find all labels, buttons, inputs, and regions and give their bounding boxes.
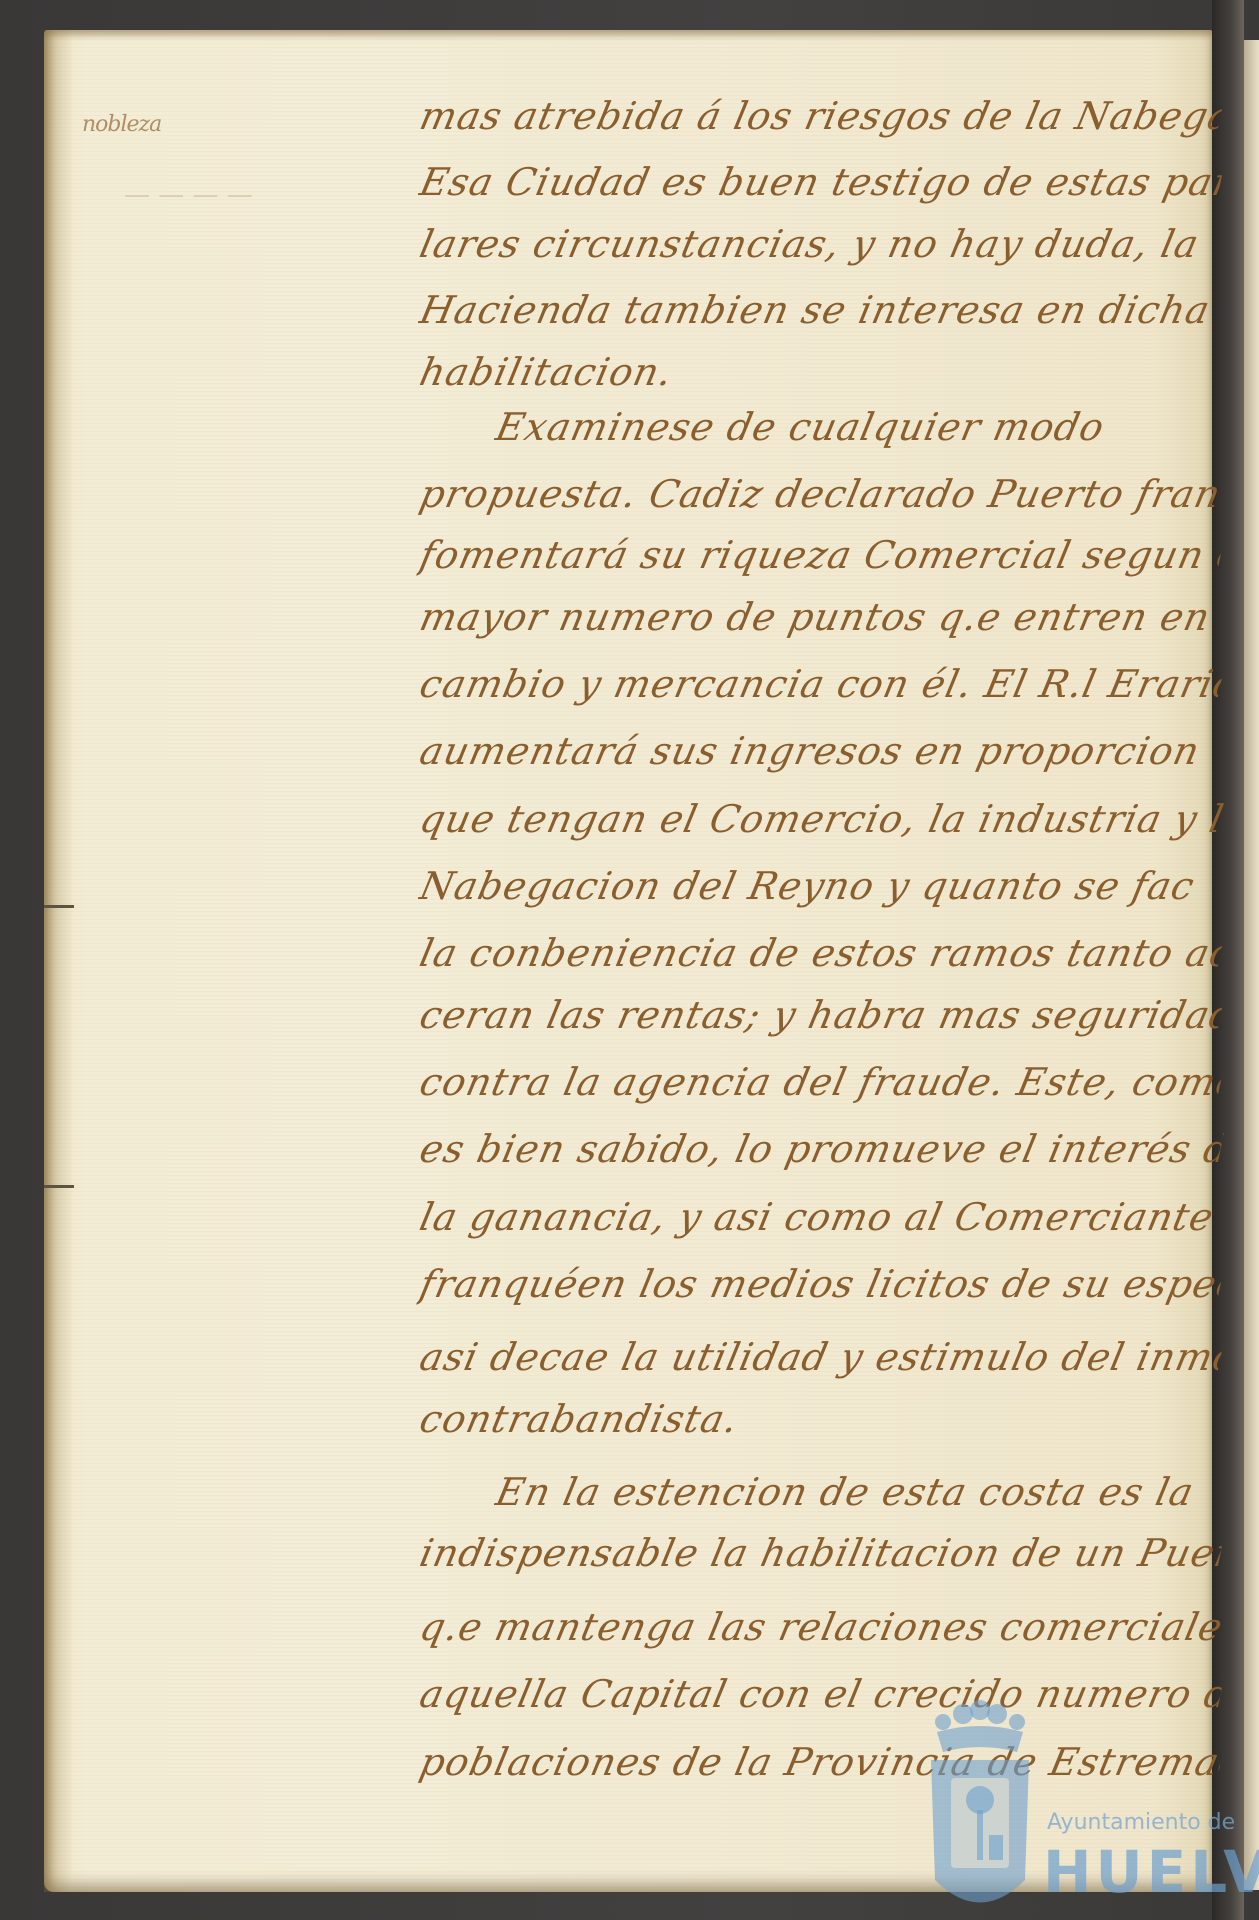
text-line: la ganancia, y asi como al Comerciante s… — [416, 1195, 1225, 1239]
text-line: aquella Capital con el crecido numero de — [416, 1672, 1225, 1716]
text-line: aumentará sus ingresos en proporcion — [416, 729, 1225, 773]
text-line: es bien sabido, lo promueve el interés d… — [416, 1127, 1225, 1171]
text-line: Nabegacion del Reyno y quanto se fac — [416, 864, 1225, 908]
bleed-through-text: — — — — — [124, 180, 253, 210]
binding-stitch — [44, 1185, 74, 1188]
text-line: mas atrebida á los riesgos de la Nabegac… — [416, 94, 1225, 138]
binding-stitch — [44, 905, 74, 908]
text-line: q.e mantenga las relaciones comerciales … — [416, 1605, 1225, 1649]
text-line: En la estencion de esta costa es la — [492, 1470, 1225, 1514]
text-line: mayor numero de puntos q.e entren en — [416, 595, 1225, 639]
text-line: Hacienda tambien se interesa en dicha — [416, 288, 1225, 332]
text-line: la conbeniencia de estos ramos tanto acr… — [416, 931, 1225, 975]
text-line: poblaciones de la Provincia de Estremadu… — [416, 1740, 1225, 1784]
text-line: indispensable la habilitacion de un Puer… — [416, 1531, 1225, 1575]
margin-note: nobleza — [82, 112, 161, 137]
text-line: lares circunstancias, y no hay duda, la — [416, 222, 1225, 266]
text-line: asi decae la utilidad y estimulo del inm… — [416, 1335, 1225, 1379]
text-line: contra la agencia del fraude. Este, como — [416, 1060, 1225, 1104]
text-line: fomentará su riqueza Comercial segun el — [416, 533, 1225, 577]
text-line: contrabandista. — [416, 1397, 1225, 1441]
text-line: que tengan el Comercio, la industria y l… — [416, 797, 1225, 841]
text-line: habilitacion. — [416, 350, 1225, 394]
text-line: propuesta. Cadiz declarado Puerto franco — [416, 472, 1225, 516]
text-line: cambio y mercancia con él. El R.l Erario — [416, 662, 1225, 706]
text-line: franquéen los medios licitos de su espec… — [416, 1262, 1225, 1306]
adjacent-page-edge — [1244, 40, 1259, 1890]
text-line: ceran las rentas; y habra mas seguridad — [416, 993, 1225, 1037]
text-line: Examinese de cualquier modo — [492, 405, 1225, 449]
text-line: Esa Ciudad es buen testigo de estas part… — [416, 160, 1225, 204]
